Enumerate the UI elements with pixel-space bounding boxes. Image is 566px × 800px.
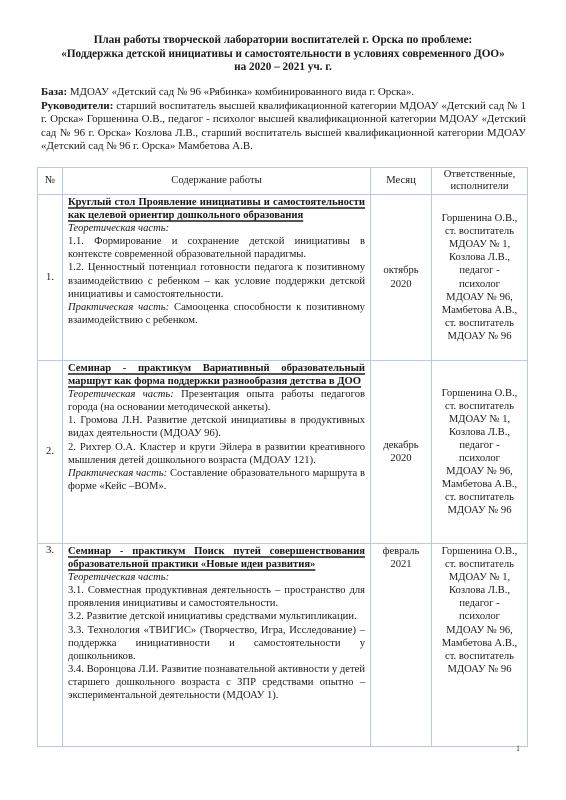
theory-item: 3.3. Технология «ТВИГИС» (Творчество, Иг… [68, 624, 365, 663]
row-number: 3. [38, 544, 63, 747]
responsible-line: ст. воспитатель [434, 650, 525, 663]
theory-item: 2. Рихтер О.А. Кластер и круги Эйлера в … [68, 441, 365, 467]
responsible-line: Мамбетова А.В., [434, 478, 525, 491]
base-label: База: [41, 86, 67, 98]
leaders-paragraph: Руководители: старший воспитатель высшей… [41, 100, 526, 154]
responsible-line: МДОАУ № 96 [434, 663, 525, 676]
header-month: Месяц [371, 168, 432, 195]
theory-item: 3.4. Воронцова Л.И. Развитие познаватель… [68, 663, 365, 702]
month-year: 2021 [371, 558, 431, 571]
responsible-line: МДОАУ № 96 [434, 504, 525, 517]
theory-paragraph: Теоретическая часть: Презентация опыта р… [68, 388, 365, 414]
row-responsible: Горшенина О.В.,ст. воспитательМДОАУ № 1,… [432, 544, 528, 747]
responsible-line: МДОАУ № 1, [434, 571, 525, 584]
row-number: 2. [38, 361, 63, 544]
responsible-line: МДОАУ № 96, [434, 624, 525, 637]
responsible-line: Козлова Л.В., [434, 584, 525, 597]
event-heading: Семинар - практикум Поиск путей совершен… [68, 545, 365, 571]
responsible-line: Горшенина О.В., [434, 212, 525, 225]
month-name: октябрь [371, 264, 431, 277]
leaders-text: старший воспитатель высшей квалификацион… [41, 100, 526, 153]
responsible-line: МДОАУ № 96 [434, 330, 525, 343]
practice-label: Практическая часть: [68, 302, 169, 313]
title-line-3: на 2020 – 2021 уч. г. [30, 61, 536, 75]
responsible-line: ст. воспитатель [434, 491, 525, 504]
responsible-line: ст. воспитатель [434, 225, 525, 238]
responsible-line: Мамбетова А.В., [434, 637, 525, 650]
responsible-line: ст. воспитатель [434, 317, 525, 330]
base-paragraph: База: МДОАУ «Детский сад № 96 «Рябинка» … [41, 86, 526, 100]
row-responsible: Горшенина О.В.,ст. воспитательМДОАУ № 1,… [432, 195, 528, 361]
title-line-1: План работы творческой лаборатории воспи… [30, 34, 536, 48]
header-responsible-line2: исполнители [450, 181, 508, 192]
practice-label: Практическая часть: [68, 468, 167, 479]
responsible-line: психолог [434, 452, 525, 465]
title-line-2: «Поддержка детской инициативы и самостоя… [30, 48, 536, 62]
theory-item: 3.1. Совместная продуктивная деятельност… [68, 584, 365, 610]
base-text: МДОАУ «Детский сад № 96 «Рябинка» комбин… [67, 86, 414, 98]
document-title: План работы творческой лаборатории воспи… [30, 34, 536, 75]
header-responsible: Ответственные, исполнители [432, 168, 528, 195]
row-responsible: Горшенина О.В.,ст. воспитательМДОАУ № 1,… [432, 361, 528, 544]
theory-label: Теоретическая часть: [68, 223, 169, 234]
table-row: 3.Семинар - практикум Поиск путей соверш… [38, 544, 528, 747]
month-name: февраль [371, 545, 431, 558]
header-responsible-line1: Ответственные, [444, 169, 515, 180]
responsible-line: психолог [434, 610, 525, 623]
row-number: 1. [38, 195, 63, 361]
event-heading: Круглый стол Проявление инициативы и сам… [68, 196, 365, 222]
theory-paragraph: Теоретическая часть: [68, 222, 365, 235]
responsible-line: педагог - [434, 597, 525, 610]
practice-paragraph: Практическая часть: Составление образова… [68, 467, 365, 493]
document-page: План работы творческой лаборатории воспи… [0, 0, 566, 800]
row-month: октябрь2020 [371, 195, 432, 361]
header-content: Содержание работы [63, 168, 371, 195]
month-year: 2020 [371, 452, 431, 465]
theory-item: 1.2. Ценностный потенциал готовности пед… [68, 261, 365, 300]
theory-label: Теоретическая часть: [68, 389, 174, 400]
plan-table: № Содержание работы Месяц Ответственные,… [37, 167, 528, 747]
info-block: База: МДОАУ «Детский сад № 96 «Рябинка» … [41, 86, 526, 154]
theory-item: 3.2. Развитие детской инициативы средств… [68, 610, 365, 623]
practice-paragraph: Практическая часть: Самооценка способнос… [68, 301, 365, 327]
row-content: Семинар - практикум Поиск путей совершен… [63, 544, 371, 747]
table-header-row: № Содержание работы Месяц Ответственные,… [38, 168, 528, 195]
table-row: 2.Семинар - практикум Вариативный образо… [38, 361, 528, 544]
responsible-line: МДОАУ № 1, [434, 238, 525, 251]
month-year: 2020 [371, 278, 431, 291]
responsible-line: ст. воспитатель [434, 400, 525, 413]
theory-item: 1. Громова Л.Н. Развитие детской инициат… [68, 414, 365, 440]
theory-label: Теоретическая часть: [68, 572, 169, 583]
header-num: № [38, 168, 63, 195]
responsible-line: ст. воспитатель [434, 558, 525, 571]
event-heading: Семинар - практикум Вариативный образова… [68, 362, 365, 388]
responsible-line: Горшенина О.В., [434, 545, 525, 558]
responsible-line: Горшенина О.В., [434, 387, 525, 400]
table-row: 1.Круглый стол Проявление инициативы и с… [38, 195, 528, 361]
leaders-label: Руководители: [41, 100, 113, 112]
responsible-line: Козлова Л.В., [434, 426, 525, 439]
responsible-line: педагог - [434, 264, 525, 277]
responsible-line: педагог - [434, 439, 525, 452]
page-number: 1 [516, 744, 520, 753]
responsible-line: МДОАУ № 96, [434, 291, 525, 304]
responsible-line: Мамбетова А.В., [434, 304, 525, 317]
responsible-line: Козлова Л.В., [434, 251, 525, 264]
row-content: Круглый стол Проявление инициативы и сам… [63, 195, 371, 361]
theory-item: 1.1. Формирование и сохранение детской и… [68, 235, 365, 261]
responsible-line: психолог [434, 278, 525, 291]
row-month: февраль2021 [371, 544, 432, 747]
month-name: декабрь [371, 439, 431, 452]
responsible-line: МДОАУ № 1, [434, 413, 525, 426]
responsible-line: МДОАУ № 96, [434, 465, 525, 478]
row-month: декабрь2020 [371, 361, 432, 544]
row-content: Семинар - практикум Вариативный образова… [63, 361, 371, 544]
theory-paragraph: Теоретическая часть: [68, 571, 365, 584]
